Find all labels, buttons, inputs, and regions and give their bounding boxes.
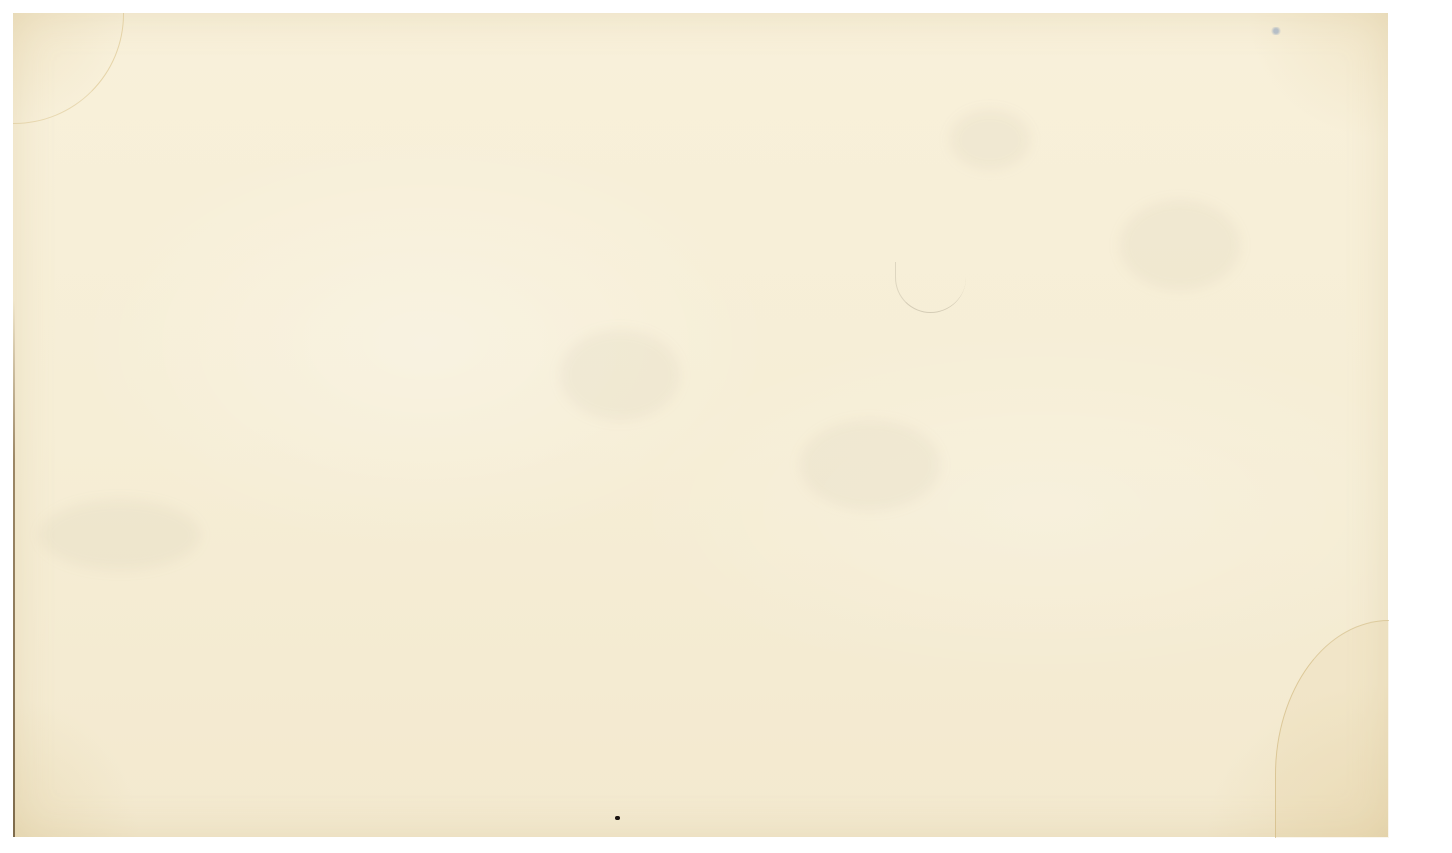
smudge-center-left	[560, 330, 680, 420]
smudge-top	[950, 110, 1030, 170]
blue-specks	[1270, 27, 1282, 35]
smudge-center	[800, 420, 940, 510]
paper-left-edge	[13, 300, 15, 837]
scene	[0, 0, 1452, 853]
dark-speck	[615, 816, 620, 820]
aged-paper-sheet	[13, 13, 1388, 837]
smudge-left	[40, 500, 200, 570]
smudge-right	[1120, 200, 1240, 290]
